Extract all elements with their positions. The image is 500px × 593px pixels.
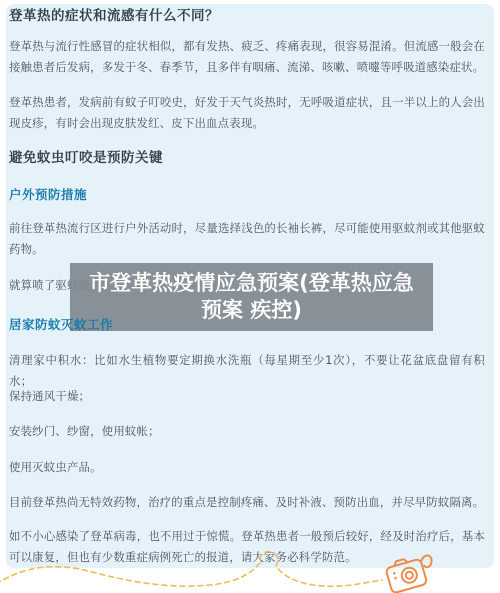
subheading-outdoor-prevention: 户外预防措施 <box>9 186 485 204</box>
list-item-screens-nets: 安装纱门、纱窗，使用蚊帐； <box>9 421 485 442</box>
paragraph-outlook: 如不小心感染了登革病毒，也不用过于惊慌。登革热患者一般预后较好，经及时治疗后，基… <box>9 526 485 568</box>
subheading-home-mosquito-control: 居家防蚊灭蚊工作 <box>9 316 485 334</box>
paragraph-treatment: 目前登革热尚无特效药物，治疗的重点是控制疼痛、及时补液、预防出血，并尽早防蚊隔离… <box>9 492 485 513</box>
paragraph-dengue-features: 登革热患者，发病前有蚊子叮咬史，好发于天气炎热时，无呼吸道症状，且一半以上的人会… <box>9 92 485 134</box>
heading-symptoms-vs-flu: 登革热的症状和流感有什么不同？ <box>9 6 485 26</box>
paragraph-outdoor-advice: 前往登革热流行区进行户外活动时，尽量选择浅色的长袖长裤，尽可能使用驱蚊剂或其他驱… <box>9 218 485 260</box>
list-item-ventilation: 保持通风干燥； <box>9 386 485 407</box>
list-item-insecticide: 使用灭蚊虫产品。 <box>9 457 485 478</box>
paragraph-flu-comparison: 登革热与流行性感冒的症状相似，都有发热、疲乏、疼痛表现，很容易混淆。但流感一般会… <box>9 36 485 78</box>
heading-prevention-key: 避免蚊虫叮咬是预防关键 <box>9 148 485 168</box>
article-page: 登革热的症状和流感有什么不同？ 登革热与流行性感冒的症状相似，都有发热、疲乏、疼… <box>0 0 500 593</box>
